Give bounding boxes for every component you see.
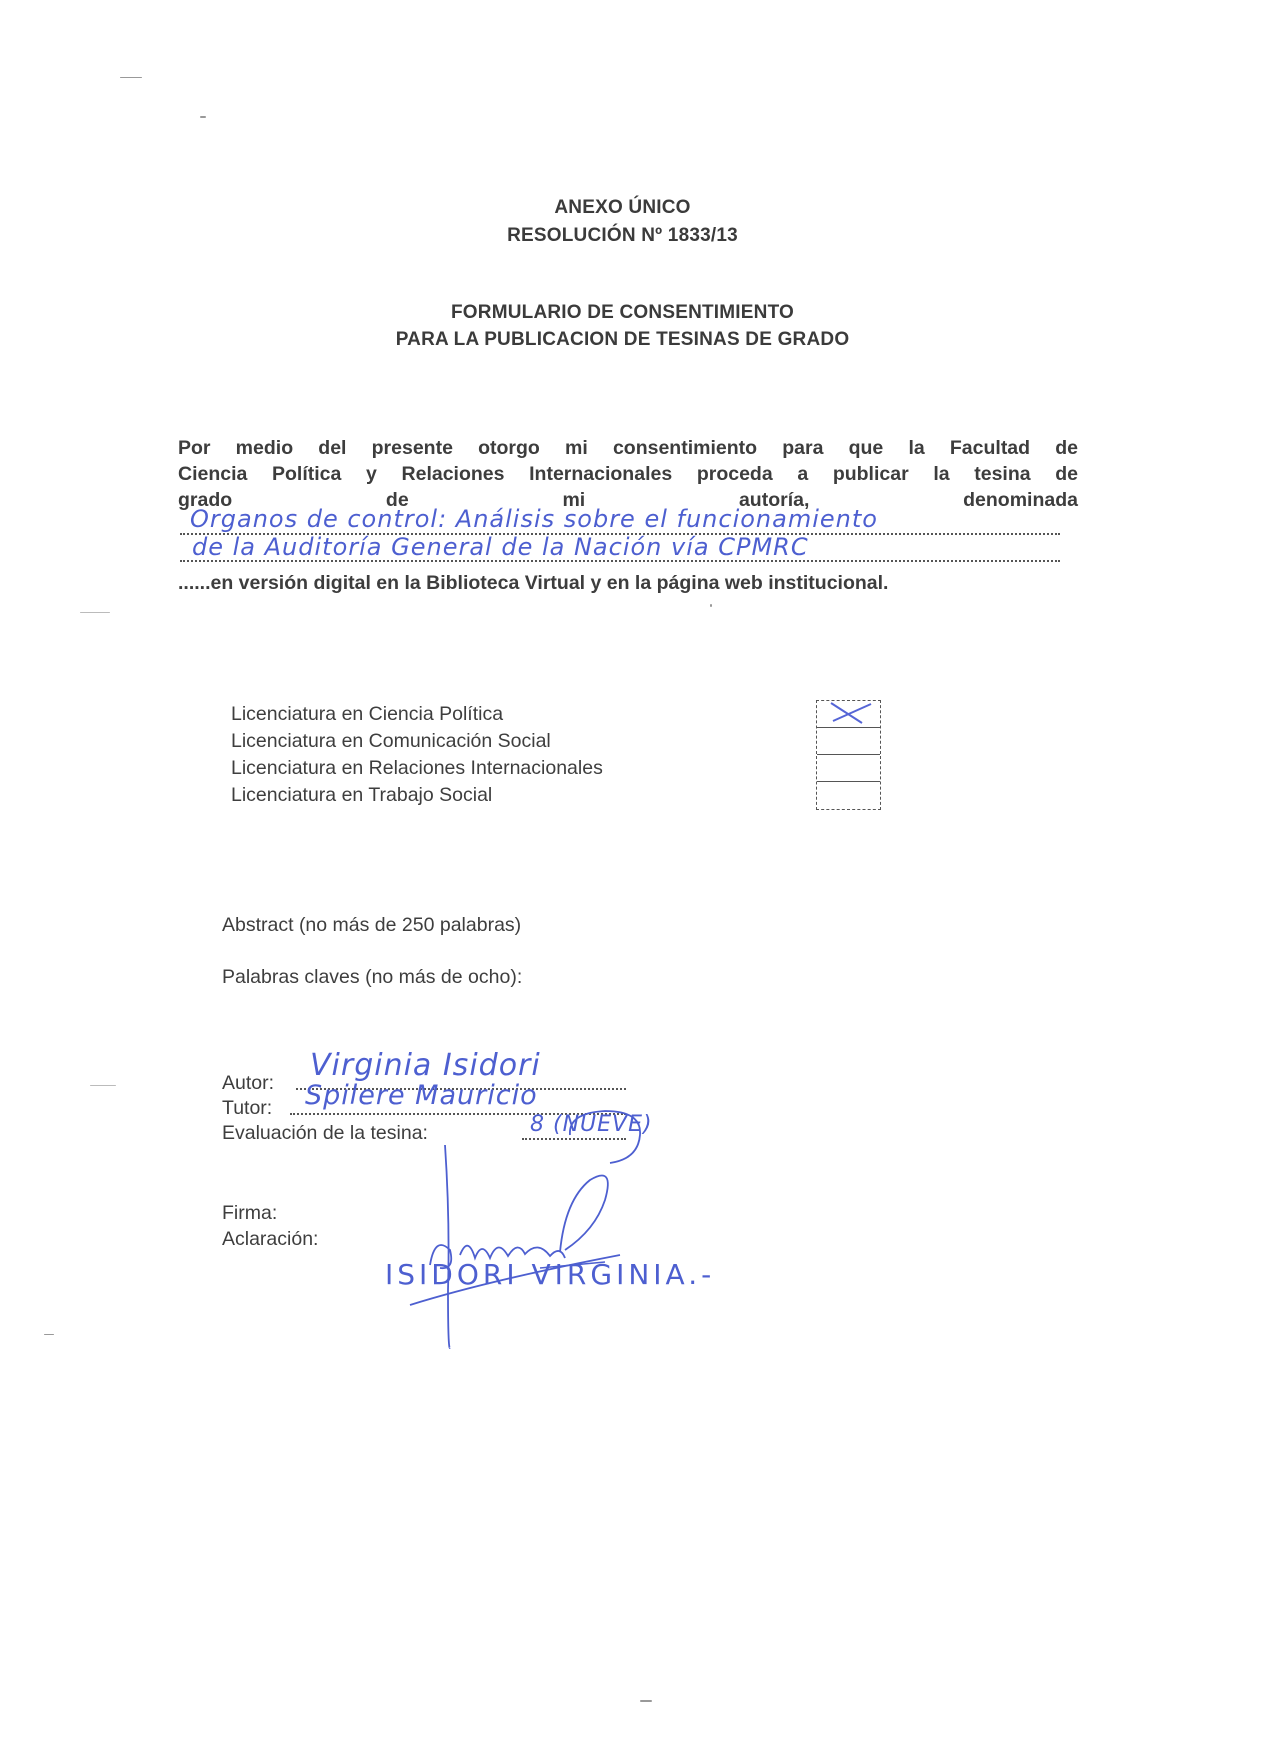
signature-icon (390, 1140, 650, 1350)
thesis-title-handwritten-2: de la Auditoría General de la Nación vía… (192, 533, 809, 561)
x-mark-icon (817, 701, 880, 727)
scan-mark (80, 612, 110, 613)
consent-line-2: Ciencia Política y Relaciones Internacio… (178, 461, 1078, 487)
word-denominada: denominada (963, 487, 1078, 513)
scan-mark (200, 116, 206, 118)
consent-line-1: Por medio del presente otorgo mi consent… (178, 435, 1078, 461)
career-checkbox-group (816, 700, 881, 810)
checkbox-trabajo-social[interactable] (817, 782, 880, 808)
scan-mark (44, 1334, 54, 1335)
tutor-handwritten: Spilere Mauricio (305, 1080, 538, 1111)
thesis-title-line-2 (180, 560, 1060, 562)
signature-label: Firma: (222, 1202, 277, 1225)
thesis-title-handwritten-1: Organos de control: Análisis sobre el fu… (190, 505, 878, 533)
keywords-label: Palabras claves (no más de ocho): (222, 966, 522, 989)
author-handwritten: Virginia Isidori (310, 1048, 541, 1083)
resolution-number: RESOLUCIÓN Nº 1833/13 (0, 225, 1245, 247)
form-title-line-2: PARA LA PUBLICACION DE TESINAS DE GRADO (0, 329, 1245, 351)
author-label: Autor: (222, 1072, 274, 1095)
checkbox-relaciones-internacionales[interactable] (817, 755, 880, 782)
clarification-label: Aclaración: (222, 1228, 318, 1251)
form-title-line-1: FORMULARIO DE CONSENTIMIENTO (0, 302, 1245, 324)
scan-mark (710, 604, 712, 607)
career-trabajo-social: Licenciatura en Trabajo Social (231, 782, 492, 809)
consent-line-end: ......en versión digital en la Bibliotec… (178, 570, 1038, 596)
tutor-label: Tutor: (222, 1097, 272, 1120)
career-relaciones-internacionales: Licenciatura en Relaciones Internacional… (231, 755, 603, 782)
scan-mark (120, 77, 142, 78)
career-comunicacion-social: Licenciatura en Comunicación Social (231, 728, 551, 755)
checkbox-ciencia-politica[interactable] (817, 701, 880, 728)
scan-mark (640, 1700, 652, 1702)
scan-mark (90, 1085, 116, 1086)
checkbox-comunicacion-social[interactable] (817, 728, 880, 755)
abstract-label: Abstract (no más de 250 palabras) (222, 914, 521, 937)
career-ciencia-politica: Licenciatura en Ciencia Política (231, 701, 503, 728)
annex-title: ANEXO ÚNICO (0, 197, 1245, 219)
clarification-handwritten: ISIDORI VIRGINIA.- (385, 1258, 715, 1291)
